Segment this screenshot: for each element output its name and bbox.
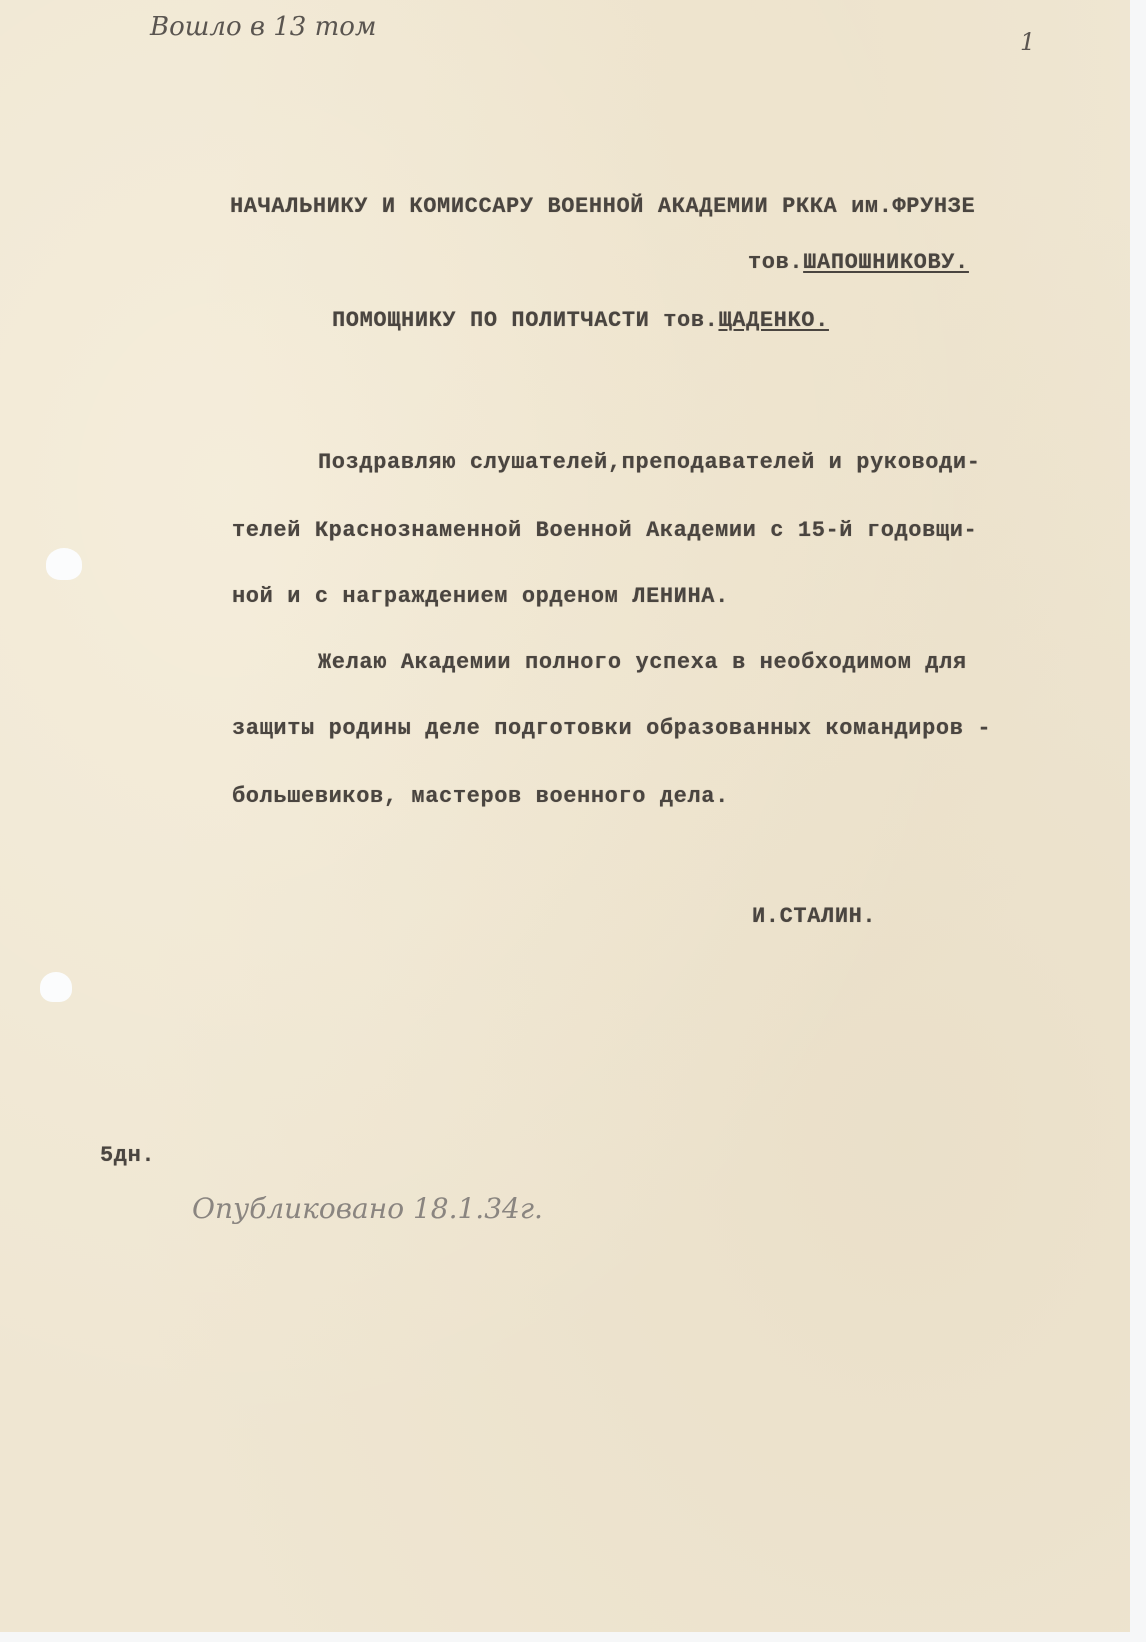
handwritten-note-published: Опубликовано 18.1.34г. xyxy=(192,1192,543,1225)
page-number: 1 xyxy=(1020,28,1035,56)
scan-border-bottom xyxy=(0,1632,1146,1642)
signature: И.СТАЛИН. xyxy=(752,904,876,929)
document-page: Вошло в 13 том 1 НАЧАЛЬНИКУ И КОМИССАРУ … xyxy=(0,0,1130,1632)
addressee-prefix: тов. xyxy=(748,250,803,275)
addressee-name-shaposhnikov: ШАПОШНИКОВУ. xyxy=(803,250,969,275)
body-line-4: Желаю Академии полного успеха в необходи… xyxy=(318,650,967,675)
addressee-line-1: НАЧАЛЬНИКУ И КОМИССАРУ ВОЕННОЙ АКАДЕМИИ … xyxy=(230,194,975,219)
body-line-3: ной и с награждением орденом ЛЕНИНА. xyxy=(232,584,729,609)
addressee-line-2: тов.ШАПОШНИКОВУ. xyxy=(748,250,969,275)
handwritten-note-top: Вошло в 13 том xyxy=(150,12,376,42)
punch-hole-upper xyxy=(46,548,82,580)
punch-hole-lower xyxy=(40,972,72,1002)
body-line-1: Поздравляю слушателей,преподавателей и р… xyxy=(318,450,981,475)
addressee-line-3: ПОМОЩНИКУ ПО ПОЛИТЧАСТИ тов.ЩАДЕНКО. xyxy=(332,308,829,333)
addressee-prefix-2: ПОМОЩНИКУ ПО ПОЛИТЧАСТИ тов. xyxy=(332,308,718,333)
body-line-5: защиты родины деле подготовки образованн… xyxy=(232,716,991,741)
addressee-name-shchadenko: ЩАДЕНКО. xyxy=(718,308,828,333)
body-line-6: большевиков, мастеров военного дела. xyxy=(232,784,729,809)
reference-code: 5дн. xyxy=(100,1143,155,1168)
body-line-2: телей Краснознаменной Военной Академии с… xyxy=(232,518,977,543)
scan-border-right xyxy=(1130,0,1146,1642)
